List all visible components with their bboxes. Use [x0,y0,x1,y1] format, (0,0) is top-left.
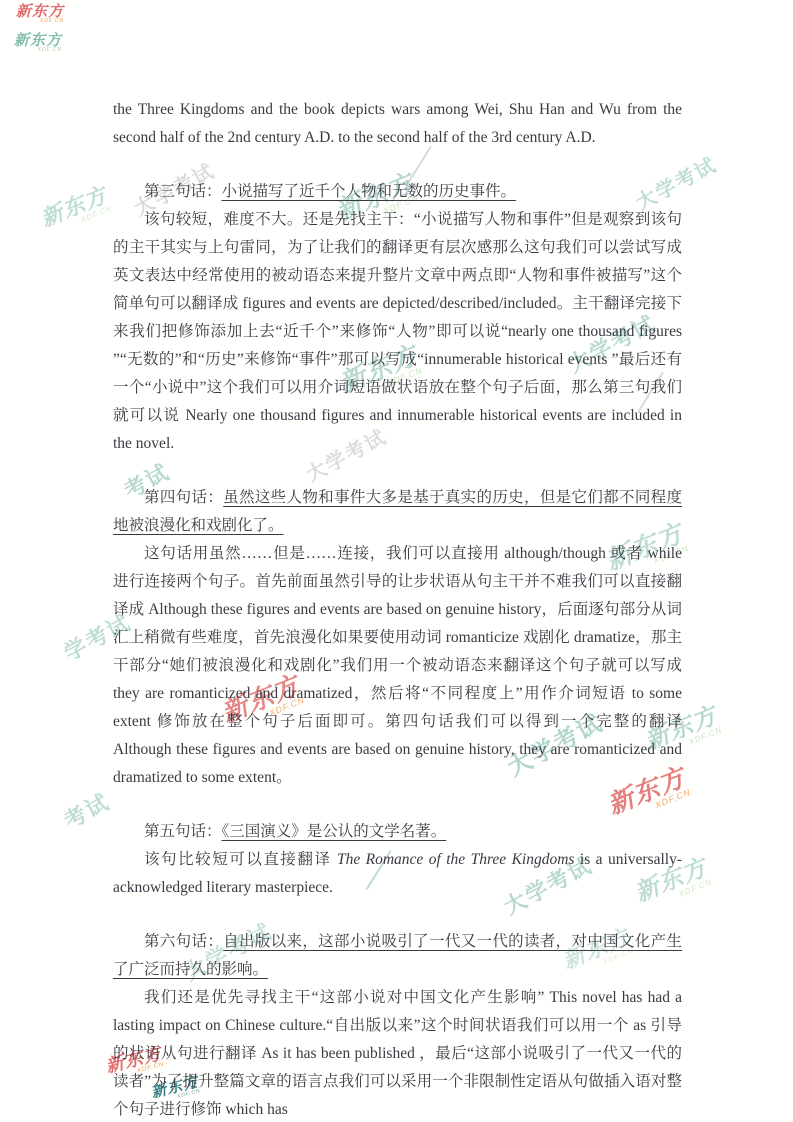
text-run: the Three Kingdoms and the book depicts … [113,101,682,146]
text-run: 《三国演义》是公认的文学名著。 [222,823,447,840]
logo-text: 新东方 [14,33,62,48]
text-run: 我们还是优先寻找主干“这部小说对中国文化产生影响” This novel has… [113,989,682,1118]
heading-label: 第三句话： [144,183,222,200]
heading-label: 第四句话： [144,489,223,506]
heading-label: 第五句话： [144,823,222,840]
logo-text: 新东方 [38,184,110,230]
document-content: the Three Kingdoms and the book depicts … [113,0,682,1122]
logo-domain-text: XDF.CN [16,19,64,24]
page-background: 新东方XDF.CN新东方XDF.CN大学考试新东方XDF.CN大学考试新东方XD… [0,0,793,1122]
heading-label: 第六句话： [144,933,223,950]
sentence-heading: 第四句话：虽然这些人物和事件大多是基于真实的历史，但是它们都不同程度地被浪漫化和… [113,484,682,540]
xdf-logo-watermark: 新东方XDF.CN [16,4,64,24]
text-run: 小说描写了近千个人物和无数的历史事件。 [222,183,517,200]
xdf-logo-watermark: 新东方XDF.CN [38,184,113,237]
text-run: 该句较短，难度不大。还是先找主干：“小说描写人物和事件”但是观察到该句的主干其实… [113,211,682,452]
sentence-heading: 第三句话：小说描写了近千个人物和无数的历史事件。 [113,178,682,206]
body-paragraph: 该句较短，难度不大。还是先找主干：“小说描写人物和事件”但是观察到该句的主干其实… [113,206,682,458]
text-run: 该句比较短可以直接翻译 [144,851,337,868]
xdf-logo-watermark: 新东方XDF.CN [14,33,62,53]
exam-watermark-text: 考试 [58,785,115,835]
text-run: The Romance of the Three Kingdoms [337,851,575,868]
body-paragraph: 该句比较短可以直接翻译 The Romance of the Three Kin… [113,846,682,902]
logo-domain-text: XDF.CN [46,204,113,237]
sentence-heading: 第六句话：自出版以来，这部小说吸引了一代又一代的读者，对中国文化产生了广泛而持久… [113,928,682,984]
scanned-document-page: { "page": {"width": 793, "height": 1122,… [0,0,793,1122]
body-paragraph: the Three Kingdoms and the book depicts … [113,96,682,152]
text-run: 这句话用虽然……但是……连接，我们可以直接用 although/though 或… [113,545,682,786]
body-paragraph: 这句话用虽然……但是……连接，我们可以直接用 although/though 或… [113,540,682,792]
body-paragraph: 我们还是优先寻找主干“这部小说对中国文化产生影响” This novel has… [113,984,682,1122]
logo-text: 新东方 [16,4,64,19]
sentence-heading: 第五句话：《三国演义》是公认的文学名著。 [113,818,682,846]
logo-domain-text: XDF.CN [14,48,62,53]
